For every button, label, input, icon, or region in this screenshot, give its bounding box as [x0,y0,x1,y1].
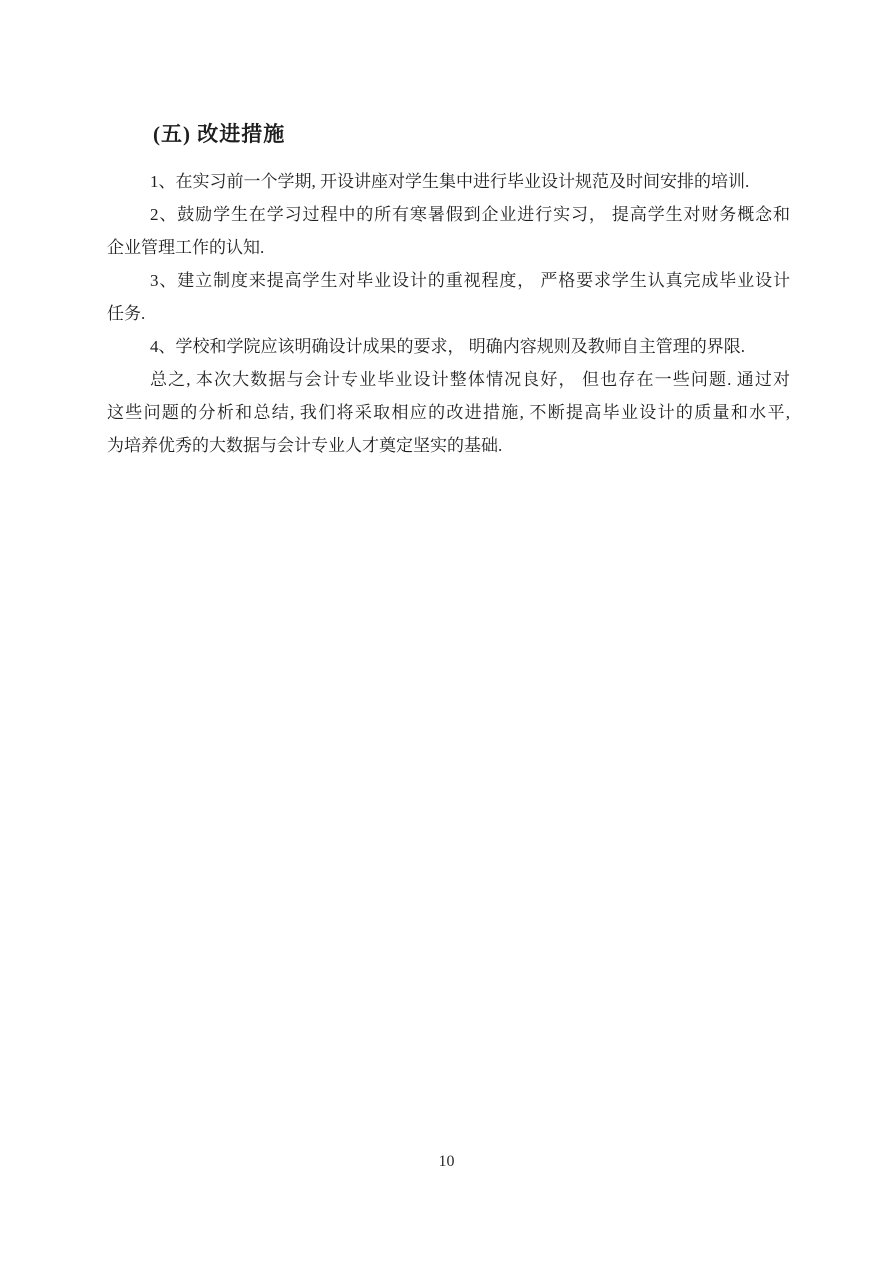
document-page: (五) 改进措施 1、在实习前一个学期, 开设讲座对学生集中进行毕业设计规范及时… [0,0,893,1262]
paragraph-line: 企业管理工作的认知. [107,231,790,264]
paragraph-line: 任务. [107,297,790,330]
section-heading: (五) 改进措施 [153,118,790,150]
paragraph-line: 总之, 本次大数据与会计专业毕业设计整体情况良好， 但也存在一些问题. 通过对 [107,363,790,396]
paragraph-item-4: 4、学校和学院应该明确设计成果的要求， 明确内容规则及教师自主管理的界限. [107,330,790,363]
paragraph-item-3: 3、建立制度来提高学生对毕业设计的重视程度， 严格要求学生认真完成毕业设计 任务… [107,264,790,330]
paragraph-line: 为培养优秀的大数据与会计专业人才奠定坚实的基础. [107,429,790,462]
paragraph-item-1: 1、在实习前一个学期, 开设讲座对学生集中进行毕业设计规范及时间安排的培训. [107,165,790,198]
paragraph-line: 3、建立制度来提高学生对毕业设计的重视程度， 严格要求学生认真完成毕业设计 [107,264,790,297]
paragraph-line: 1、在实习前一个学期, 开设讲座对学生集中进行毕业设计规范及时间安排的培训. [107,165,790,198]
paragraph-line: 2、鼓励学生在学习过程中的所有寒暑假到企业进行实习， 提高学生对财务概念和 [107,198,790,231]
paragraph-item-2: 2、鼓励学生在学习过程中的所有寒暑假到企业进行实习， 提高学生对财务概念和 企业… [107,198,790,264]
document-body: (五) 改进措施 1、在实习前一个学期, 开设讲座对学生集中进行毕业设计规范及时… [107,118,790,462]
page-number: 10 [0,1152,893,1172]
paragraph-line: 4、学校和学院应该明确设计成果的要求， 明确内容规则及教师自主管理的界限. [107,330,790,363]
paragraph-line: 这些问题的分析和总结, 我们将采取相应的改进措施, 不断提高毕业设计的质量和水平… [107,396,790,429]
paragraph-summary: 总之, 本次大数据与会计专业毕业设计整体情况良好， 但也存在一些问题. 通过对 … [107,363,790,462]
